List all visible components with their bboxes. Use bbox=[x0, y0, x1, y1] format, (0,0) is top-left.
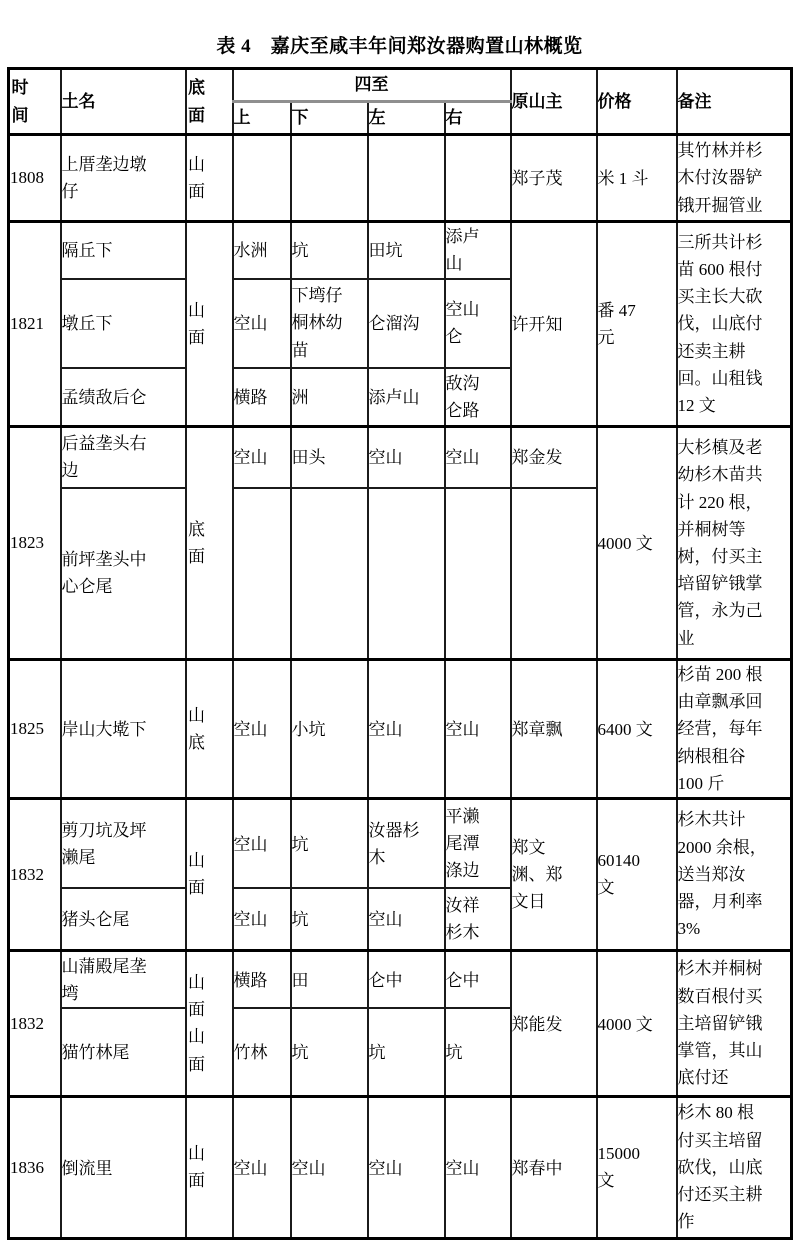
cell-base: 山面 bbox=[186, 1096, 233, 1238]
cell-bound-up: 空山 bbox=[233, 279, 291, 368]
land-purchase-table: 时间 土名 底面 四至 原山主 价格 备注 上 下 左 右 1808 上厝垄边墩… bbox=[7, 67, 793, 1240]
cell-land-name: 墩丘下 bbox=[61, 279, 186, 368]
cell-owner: 郑章飘 bbox=[511, 660, 597, 799]
header-base-label: 底面 bbox=[187, 74, 207, 128]
header-bound-left: 左 bbox=[368, 102, 445, 135]
header-note: 备注 bbox=[677, 69, 792, 135]
cell-bound-up: 空山 bbox=[233, 888, 291, 950]
cell-bound-left: 仑中 bbox=[368, 950, 445, 1008]
cell-land-name: 前坪垄头中心仑尾 bbox=[61, 488, 186, 660]
cell-bound-right: 汝祥杉木 bbox=[445, 888, 511, 950]
cell-bound-left: 空山 bbox=[368, 427, 445, 488]
cell-note: 杉苗 200 根由章飘承回经营，每年纳根租谷 100 斤 bbox=[677, 660, 792, 799]
cell-year: 1836 bbox=[9, 1096, 61, 1238]
cell-bound-left: 汝器杉木 bbox=[368, 798, 445, 888]
cell-bound-down: 下塆仔桐林幼苗 bbox=[291, 279, 368, 368]
cell-bound-right: 平濑尾潭涤边 bbox=[445, 798, 511, 888]
cell-base: 山底 bbox=[186, 660, 233, 799]
cell-bound-left bbox=[368, 488, 445, 660]
cell-bound-up: 空山 bbox=[233, 798, 291, 888]
cell-bound-down: 洲 bbox=[291, 368, 368, 427]
cell-bound-left: 添卢山 bbox=[368, 368, 445, 427]
cell-bound-down: 田 bbox=[291, 950, 368, 1008]
cell-year: 1832 bbox=[9, 950, 61, 1096]
cell-owner: 郑子茂 bbox=[511, 135, 597, 222]
cell-base: 山面 bbox=[186, 135, 233, 222]
cell-price: 15000 文 bbox=[597, 1096, 677, 1238]
cell-bound-right: 空山仑 bbox=[445, 279, 511, 368]
cell-bound-up: 横路 bbox=[233, 368, 291, 427]
cell-land-name: 上厝垄边墩仔 bbox=[61, 135, 186, 222]
base-text: 山面 bbox=[187, 151, 207, 205]
cell-bound-left: 空山 bbox=[368, 1096, 445, 1238]
cell-owner: 郑能发 bbox=[511, 950, 597, 1096]
cell-land-name: 倒流里 bbox=[61, 1096, 186, 1238]
cell-bound-down: 田头 bbox=[291, 427, 368, 488]
cell-bound-right bbox=[445, 488, 511, 660]
cell-bound-up: 空山 bbox=[233, 427, 291, 488]
cell-bound-left: 田坑 bbox=[368, 222, 445, 279]
cell-price: 4000 文 bbox=[597, 950, 677, 1096]
cell-note: 杉木共计 2000 余根，送当郑汝器，月利率 3% bbox=[677, 798, 792, 950]
cell-owner: 郑金发 bbox=[511, 427, 597, 488]
cell-bound-left: 仑溜沟 bbox=[368, 279, 445, 368]
cell-land-name: 孟绩敌后仑 bbox=[61, 368, 186, 427]
cell-bound-down bbox=[291, 488, 368, 660]
cell-bound-right: 坑 bbox=[445, 1008, 511, 1096]
cell-bound-left: 坑 bbox=[368, 1008, 445, 1096]
cell-price: 番 47 元 bbox=[597, 222, 677, 427]
cell-bound-right: 空山 bbox=[445, 427, 511, 488]
cell-base: 山面 bbox=[186, 798, 233, 950]
cell-bound-right: 空山 bbox=[445, 1096, 511, 1238]
cell-owner: 郑文渊、郑文日 bbox=[511, 798, 597, 950]
cell-bound-left bbox=[368, 135, 445, 222]
header-bound-up: 上 bbox=[233, 102, 291, 135]
header-owner: 原山主 bbox=[511, 69, 597, 135]
cell-bound-down: 坑 bbox=[291, 798, 368, 888]
cell-bound-right: 添卢山 bbox=[445, 222, 511, 279]
cell-bound-up: 水洲 bbox=[233, 222, 291, 279]
cell-bound-down: 坑 bbox=[291, 222, 368, 279]
cell-year: 1832 bbox=[9, 798, 61, 950]
cell-bound-down: 小坑 bbox=[291, 660, 368, 799]
cell-owner: 许开知 bbox=[511, 222, 597, 427]
cell-note: 三所共计杉苗 600 根付买主长大砍伐，山底付还卖主耕回。山租钱 12 文 bbox=[677, 222, 792, 427]
cell-year: 1825 bbox=[9, 660, 61, 799]
header-name: 土名 bbox=[61, 69, 186, 135]
cell-price: 4000 文 bbox=[597, 427, 677, 660]
header-base: 底面 bbox=[186, 69, 233, 135]
cell-bound-up: 空山 bbox=[233, 660, 291, 799]
header-time-label: 时间 bbox=[10, 74, 30, 128]
cell-price: 6400 文 bbox=[597, 660, 677, 799]
cell-bound-left: 空山 bbox=[368, 888, 445, 950]
cell-land-name: 猫竹林尾 bbox=[61, 1008, 186, 1096]
cell-land-name: 隔丘下 bbox=[61, 222, 186, 279]
cell-bound-up: 空山 bbox=[233, 1096, 291, 1238]
header-time: 时间 bbox=[9, 69, 61, 135]
cell-bound-up: 竹林 bbox=[233, 1008, 291, 1096]
cell-bound-left: 空山 bbox=[368, 660, 445, 799]
header-bounds: 四至 bbox=[233, 69, 511, 102]
cell-price: 60140 文 bbox=[597, 798, 677, 950]
cell-bound-down: 坑 bbox=[291, 888, 368, 950]
cell-base: 山面山面 bbox=[186, 950, 233, 1096]
cell-base: 底面 bbox=[186, 427, 233, 660]
cell-bound-up bbox=[233, 488, 291, 660]
cell-year: 1821 bbox=[9, 222, 61, 427]
cell-note: 杉木并桐树数百根付买主培留铲锇掌管，其山底付还 bbox=[677, 950, 792, 1096]
header-price: 价格 bbox=[597, 69, 677, 135]
cell-bound-right: 空山 bbox=[445, 660, 511, 799]
cell-land-name: 岸山大墘下 bbox=[61, 660, 186, 799]
cell-base: 山面 bbox=[186, 222, 233, 427]
cell-owner: 郑春中 bbox=[511, 1096, 597, 1238]
land-name-text: 上厝垄边墩仔 bbox=[62, 151, 157, 205]
cell-land-name: 后益垄头右边 bbox=[61, 427, 186, 488]
cell-owner bbox=[511, 488, 597, 660]
cell-note: 其竹林并杉木付汝器铲锇开掘管业 bbox=[677, 135, 792, 222]
table-title: 表 4 嘉庆至咸丰年间郑汝器购置山林概览 bbox=[0, 0, 799, 67]
cell-bound-down bbox=[291, 135, 368, 222]
cell-note: 大杉槙及老幼杉木苗共计 220 根，并桐树等树，付买主培留铲锇掌管，永为己业 bbox=[677, 427, 792, 660]
cell-land-name: 猪头仑尾 bbox=[61, 888, 186, 950]
cell-bound-right: 仑中 bbox=[445, 950, 511, 1008]
cell-year: 1823 bbox=[9, 427, 61, 660]
cell-price: 米 1 斗 bbox=[597, 135, 677, 222]
cell-bound-right: 敌沟仑路 bbox=[445, 368, 511, 427]
cell-bound-up bbox=[233, 135, 291, 222]
cell-note: 杉木 80 根付买主培留砍伐，山底付还买主耕作 bbox=[677, 1096, 792, 1238]
cell-land-name: 剪刀坑及坪濑尾 bbox=[61, 798, 186, 888]
header-bound-down: 下 bbox=[291, 102, 368, 135]
cell-year: 1808 bbox=[9, 135, 61, 222]
cell-bound-down: 空山 bbox=[291, 1096, 368, 1238]
cell-land-name: 山蒲殿尾垄塆 bbox=[61, 950, 186, 1008]
cell-bound-down: 坑 bbox=[291, 1008, 368, 1096]
cell-bound-right bbox=[445, 135, 511, 222]
header-bound-right: 右 bbox=[445, 102, 511, 135]
cell-bound-up: 横路 bbox=[233, 950, 291, 1008]
